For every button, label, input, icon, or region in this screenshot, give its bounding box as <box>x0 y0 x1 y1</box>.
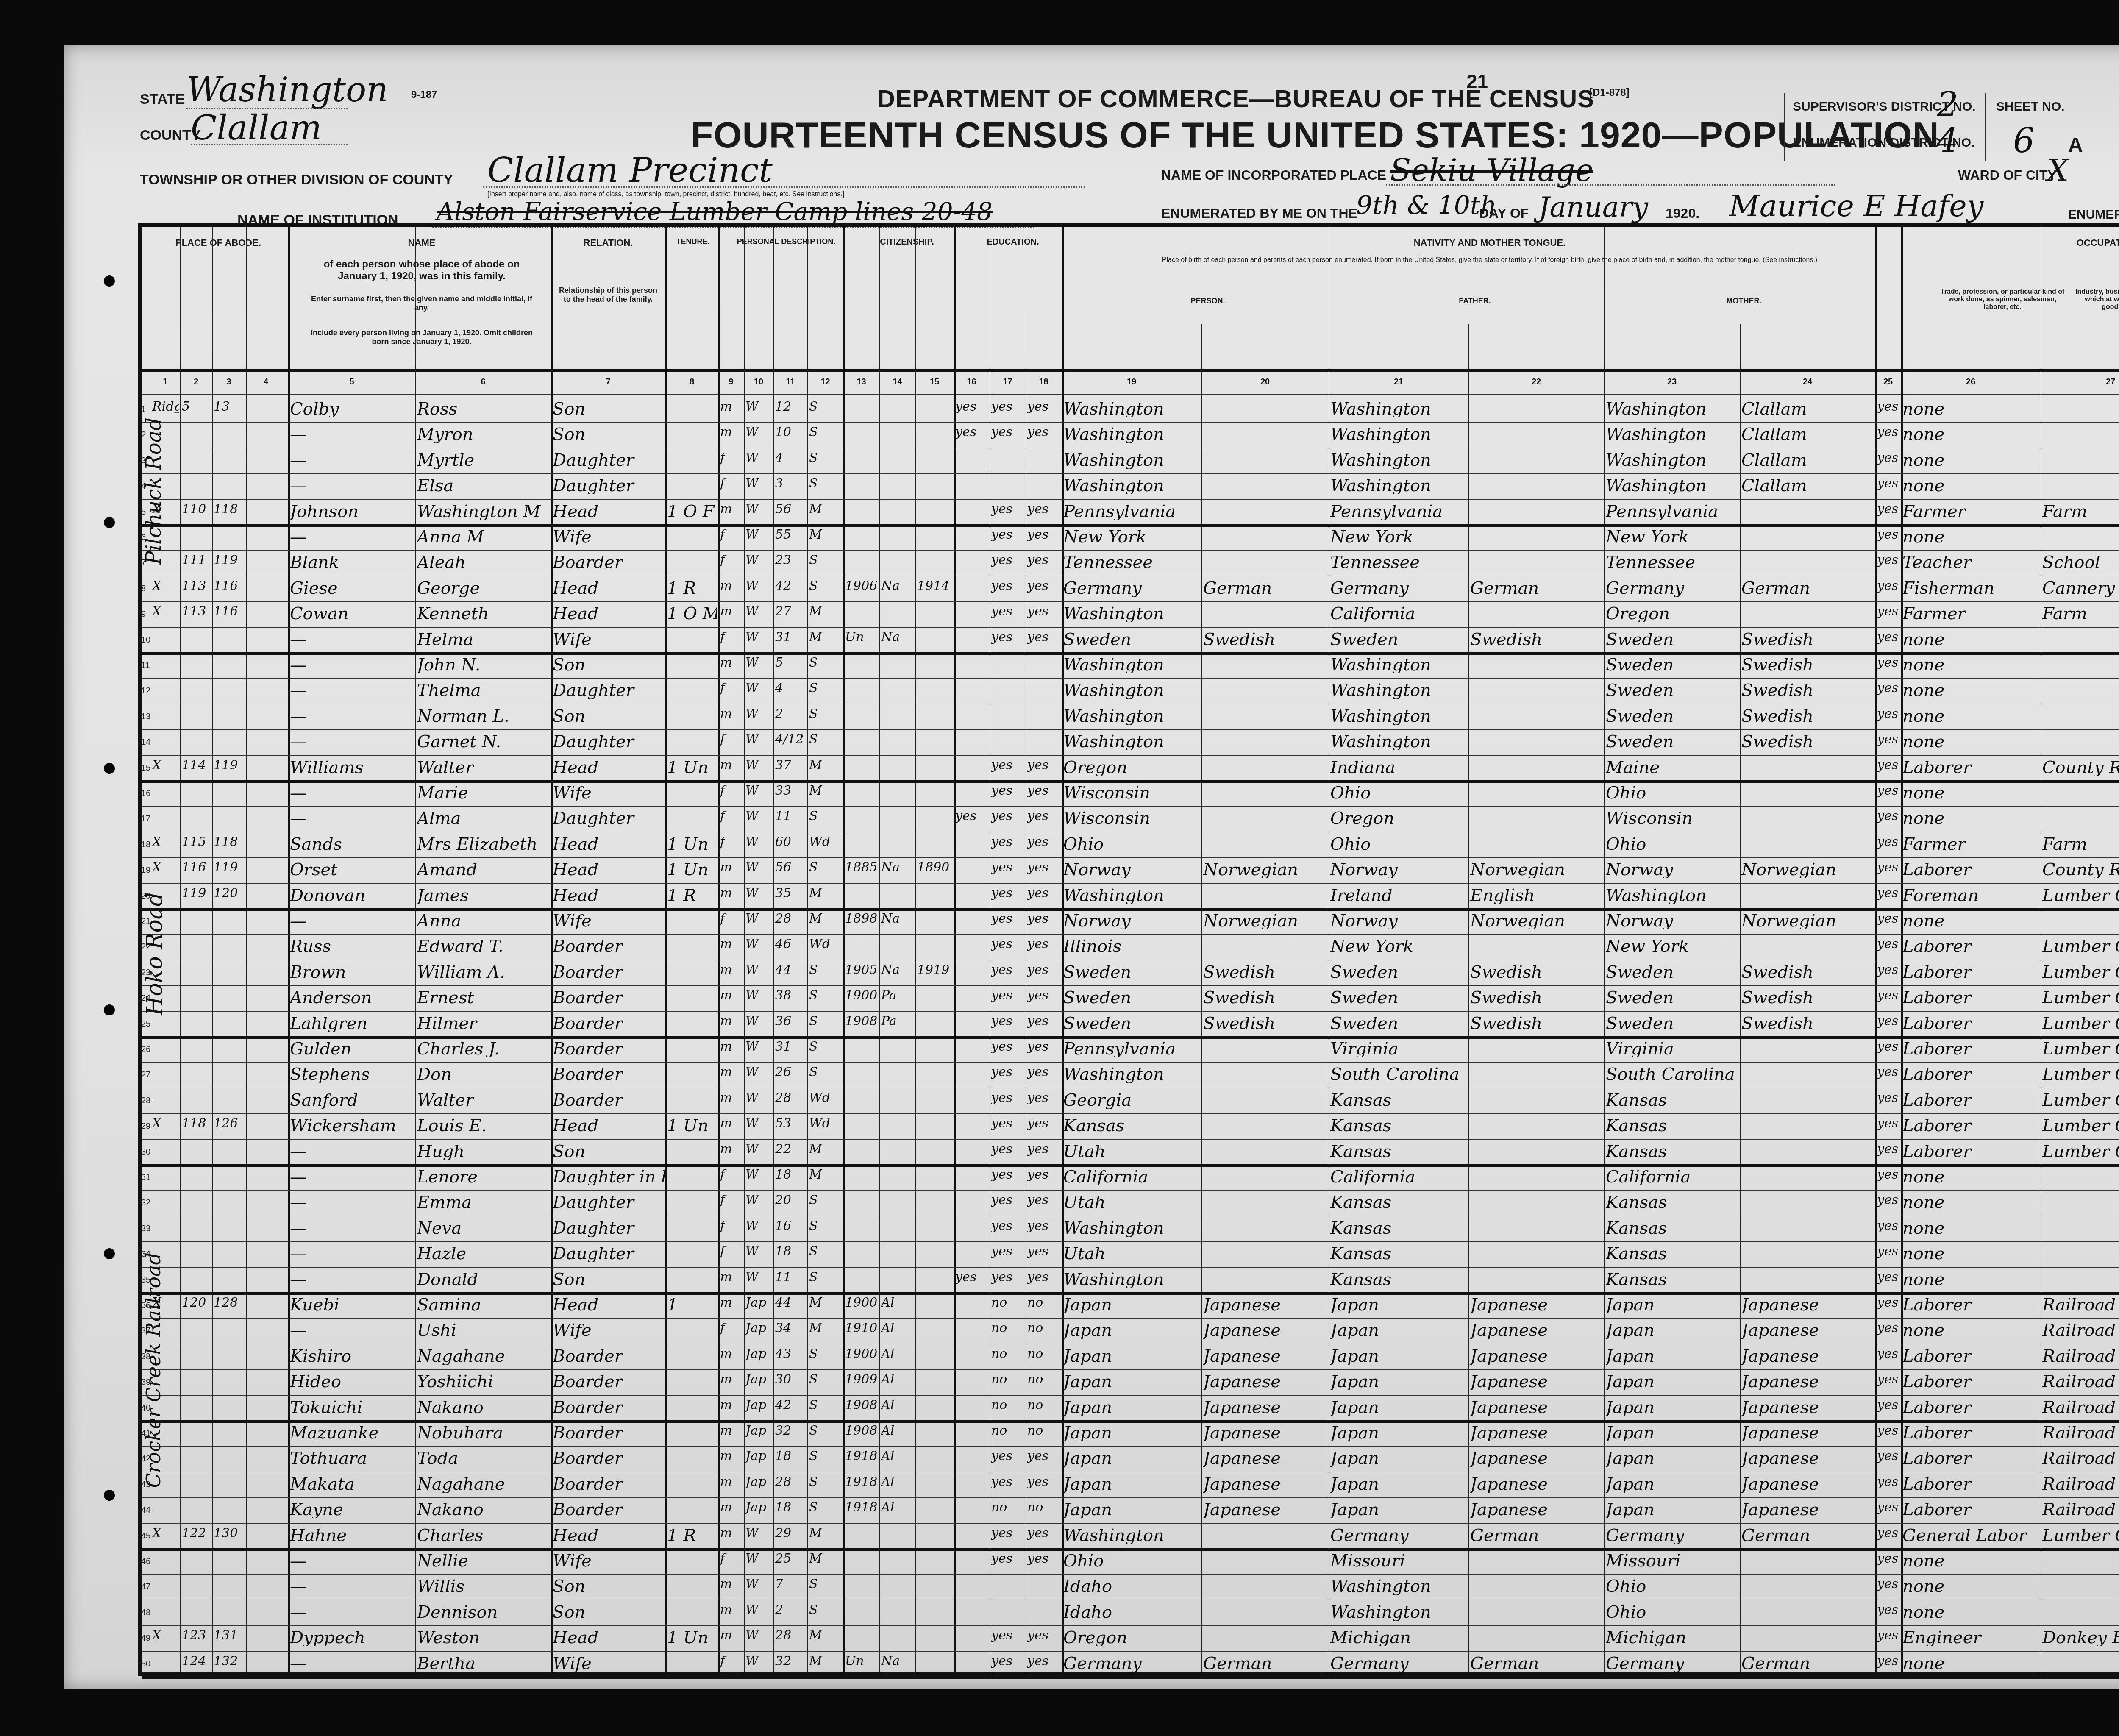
cell-trade: none <box>1902 426 2040 443</box>
cell-trade: none <box>1902 733 2040 750</box>
cell-m_pob: California <box>1606 1168 1739 1185</box>
row-divider <box>142 1625 2119 1626</box>
cell-race: W <box>745 657 773 669</box>
cell-trade: Laborer <box>1902 1296 2040 1313</box>
cell-read: yes <box>991 605 1025 618</box>
cell-race: W <box>745 426 773 439</box>
cell-m_tongue: Japanese <box>1741 1322 1874 1339</box>
cell-pob: Norway <box>1063 861 1201 878</box>
cell-surname: Gulden <box>290 1040 414 1057</box>
incorporated-line <box>1386 184 1835 186</box>
cell-m_pob: New York <box>1606 529 1739 545</box>
cell-given: Toda <box>417 1450 550 1467</box>
cell-sex: f <box>720 785 743 797</box>
cell-f_tongue: Japanese <box>1470 1501 1603 1518</box>
cell-race: W <box>745 836 773 849</box>
cell-read: yes <box>991 836 1025 849</box>
cell-relation: Wife <box>553 913 665 929</box>
cell-trade: Engineer <box>1902 1629 2040 1646</box>
column-number: 5 <box>288 377 415 387</box>
cell-marital: M <box>809 913 843 925</box>
cell-age: 16 <box>775 1220 806 1232</box>
cell-tongue: Japanese <box>1203 1501 1328 1518</box>
cell-m_pob: Norway <box>1606 913 1739 929</box>
cell-relation: Head <box>553 1117 665 1134</box>
cell-age: 23 <box>775 554 806 567</box>
cell-sex: f <box>720 810 743 823</box>
cell-relation: Boarder <box>553 1015 665 1032</box>
cell-pob: Pennsylvania <box>1063 503 1201 520</box>
cell-industry: Railroad <box>2042 1501 2119 1518</box>
cell-pob: Idaho <box>1063 1604 1201 1621</box>
line-number: 8 <box>141 584 146 594</box>
cell-m_tongue: Norwegian <box>1741 913 1874 929</box>
cell-write: yes <box>1027 401 1061 413</box>
cell-marital: S <box>809 1040 843 1053</box>
cell-f_tongue: Japanese <box>1470 1348 1603 1365</box>
cell-nat: Al <box>881 1476 915 1488</box>
cell-tongue: Japanese <box>1203 1450 1328 1467</box>
cell-surname: Stephens <box>290 1066 414 1083</box>
cell-relation: Son <box>553 1271 665 1288</box>
cell-relation: Boarder <box>553 1066 665 1083</box>
cell-race: Jap <box>745 1501 773 1514</box>
cell-f_pob: Washington <box>1330 1578 1468 1595</box>
cell-trade: Laborer <box>1902 964 2040 981</box>
cell-relation: Boarder <box>553 989 665 1006</box>
cell-m_pob: Kansas <box>1606 1117 1739 1134</box>
cell-f_pob: Washington <box>1330 733 1468 750</box>
cell-pob: Pennsylvania <box>1063 1040 1201 1057</box>
census-table: PLACE OF ABODE. NAME of each person whos… <box>138 223 2119 1676</box>
row-divider <box>142 832 2119 832</box>
punch-hole <box>104 275 115 287</box>
cell-dwelling: 119 <box>214 861 245 874</box>
cell-trade: Laborer <box>1902 1373 2040 1390</box>
line-number: 49 <box>141 1633 150 1643</box>
cell-house: 111 <box>182 554 211 567</box>
cell-tongue: Swedish <box>1203 631 1328 648</box>
cell-given: Donald <box>417 1271 550 1288</box>
cell-marital: S <box>809 477 843 490</box>
cell-sex: m <box>720 1092 743 1104</box>
cell-age: 11 <box>775 1271 806 1284</box>
form-code: [D1-878] <box>1589 87 1630 99</box>
cell-marital: S <box>809 1015 843 1028</box>
cell-surname: — <box>290 1604 414 1621</box>
cell-given: Anna M <box>417 529 550 545</box>
cell-trade: none <box>1902 810 2040 827</box>
cell-sex: f <box>720 452 743 465</box>
cell-marital: M <box>809 1143 843 1156</box>
cell-f_pob: Kansas <box>1330 1194 1468 1211</box>
cell-given: Walter <box>417 759 550 776</box>
row-divider <box>142 1216 2119 1216</box>
cell-sex: m <box>720 1629 743 1642</box>
cell-industry: School <box>2042 554 2119 571</box>
cell-eng: yes <box>1877 1476 1900 1488</box>
cell-race: W <box>745 452 773 465</box>
cell-m_pob: Michigan <box>1606 1629 1739 1646</box>
row-divider <box>142 1113 2119 1114</box>
cell-tongue: Japanese <box>1203 1348 1328 1365</box>
cell-read: yes <box>991 1655 1025 1668</box>
cell-age: 4/12 <box>775 733 806 746</box>
cell-m_tongue: Japanese <box>1741 1373 1874 1390</box>
cell-eng: yes <box>1877 810 1900 823</box>
cell-age: 32 <box>775 1655 806 1668</box>
cell-surname: — <box>290 1271 414 1288</box>
row-divider <box>142 1497 2119 1498</box>
cell-given: Nakano <box>417 1399 550 1416</box>
cell-surname: — <box>290 1245 414 1262</box>
cell-pob: Sweden <box>1063 1015 1201 1032</box>
cell-read: yes <box>991 580 1025 593</box>
cell-read: yes <box>991 426 1025 439</box>
cell-house: 114 <box>182 759 211 772</box>
cell-write: no <box>1027 1296 1061 1309</box>
day-of-label: DAY OF <box>1479 206 1529 221</box>
cell-write: yes <box>1027 1271 1061 1284</box>
cell-pob: Sweden <box>1063 964 1201 981</box>
township-label: TOWNSHIP OR OTHER DIVISION OF COUNTY <box>140 172 453 188</box>
cell-m_pob: Missouri <box>1606 1552 1739 1569</box>
cell-m_tongue: Swedish <box>1741 964 1874 981</box>
cell-given: Nagahane <box>417 1348 550 1365</box>
cell-natyr: 1914 <box>917 580 953 593</box>
cell-nat: Na <box>881 580 915 593</box>
cell-age: 27 <box>775 605 806 618</box>
row-divider <box>142 576 2119 576</box>
cell-tenure: 1 Un <box>667 836 717 853</box>
cell-relation: Boarder <box>553 1450 665 1467</box>
cell-write: yes <box>1027 554 1061 567</box>
cell-surname: — <box>290 452 414 469</box>
cell-race: W <box>745 1092 773 1104</box>
cell-read: yes <box>991 554 1025 567</box>
row-divider <box>142 1088 2119 1088</box>
cell-trade: none <box>1902 1194 2040 1211</box>
cell-age: 30 <box>775 1373 806 1386</box>
cell-f_pob: Japan <box>1330 1450 1468 1467</box>
cell-marital: S <box>809 1399 843 1412</box>
cell-trade: none <box>1902 913 2040 929</box>
cell-given: Charles J. <box>417 1040 550 1057</box>
cell-race: W <box>745 785 773 797</box>
cell-m_pob: Kansas <box>1606 1194 1739 1211</box>
cell-age: 10 <box>775 426 806 439</box>
cell-given: Helma <box>417 631 550 648</box>
cell-tenure: 1 Un <box>667 861 717 878</box>
cell-age: 42 <box>775 1399 806 1412</box>
cell-sex: f <box>720 1655 743 1668</box>
cell-imm: Un <box>845 631 879 644</box>
cell-eng: yes <box>1877 785 1900 797</box>
cell-race: W <box>745 989 773 1002</box>
cell-trade: none <box>1902 1552 2040 1569</box>
column-number: 8 <box>665 377 718 387</box>
cell-marital: Wd <box>809 938 843 951</box>
state-label: STATE <box>140 91 185 108</box>
cell-relation: Head <box>553 605 665 622</box>
cell-given: George <box>417 580 550 597</box>
cell-nat: Pa <box>881 989 915 1002</box>
cell-m_pob: Ohio <box>1606 785 1739 801</box>
cell-surname: Tokuichi <box>290 1399 414 1416</box>
cell-write: yes <box>1027 989 1061 1002</box>
cell-pob: Japan <box>1063 1296 1201 1313</box>
cell-marital: S <box>809 733 843 746</box>
cell-f_tongue: Japanese <box>1470 1399 1603 1416</box>
cell-marital: S <box>809 1066 843 1079</box>
cell-race: Jap <box>745 1296 773 1309</box>
cell-read: yes <box>991 1143 1025 1156</box>
cell-trade: none <box>1902 401 2040 417</box>
cell-eng: yes <box>1877 1040 1900 1053</box>
cell-industry: Lumber Camp <box>2042 1015 2119 1032</box>
cell-m_pob: Virginia <box>1606 1040 1739 1057</box>
cell-relation: Head <box>553 1296 665 1313</box>
cell-m_tongue: Swedish <box>1741 989 1874 1006</box>
cell-house: 113 <box>182 605 211 618</box>
cell-race: W <box>745 580 773 593</box>
cell-tongue: Swedish <box>1203 1015 1328 1032</box>
cell-marital: S <box>809 810 843 823</box>
cell-eng: yes <box>1877 682 1900 695</box>
cell-industry: Lumber Camp <box>2042 964 2119 981</box>
name-instruction-2: Enter surname first, then the given name… <box>303 295 540 312</box>
cell-m_pob: Ohio <box>1606 1578 1739 1595</box>
column-number: 16 <box>954 377 990 387</box>
cell-trade: none <box>1902 1220 2040 1237</box>
cell-industry: Lumber Camp <box>2042 938 2119 955</box>
cell-industry: Lumber Camp <box>2042 989 2119 1006</box>
cell-pob: Washington <box>1063 1527 1201 1544</box>
cell-read: yes <box>991 401 1025 413</box>
cell-m_pob: Kansas <box>1606 1092 1739 1109</box>
line-number: 14 <box>141 737 150 747</box>
cell-trade: Laborer <box>1902 1501 2040 1518</box>
cell-relation: Son <box>553 657 665 673</box>
punch-hole <box>104 517 115 528</box>
cell-write: yes <box>1027 887 1061 900</box>
cell-age: 28 <box>775 913 806 925</box>
cell-m_tongue: Swedish <box>1741 682 1874 699</box>
cell-race: W <box>745 1655 773 1668</box>
cell-write: yes <box>1027 759 1061 772</box>
cell-m_pob: Tennessee <box>1606 554 1739 571</box>
month-value: January <box>1538 191 1648 223</box>
column-divider <box>246 227 247 1672</box>
cell-pob: Washington <box>1063 733 1201 750</box>
cell-m_pob: Washington <box>1606 401 1739 417</box>
cell-age: 34 <box>775 1322 806 1335</box>
cell-surname: Anderson <box>290 989 414 1006</box>
cell-trade: Laborer <box>1902 1348 2040 1365</box>
form-number: 9-187 <box>411 89 437 101</box>
cell-pob: Japan <box>1063 1348 1201 1365</box>
cell-age: 36 <box>775 1015 806 1028</box>
cell-read: yes <box>991 989 1025 1002</box>
cell-age: 28 <box>775 1092 806 1104</box>
cell-f_pob: Kansas <box>1330 1271 1468 1288</box>
cell-surname: Tothuara <box>290 1450 414 1467</box>
cell-surname: — <box>290 1143 414 1160</box>
cell-trade: Laborer <box>1902 861 2040 878</box>
group-place-of-abode: PLACE OF ABODE. <box>150 237 286 248</box>
cell-tenure: 1 R <box>667 887 717 904</box>
line-number: 15 <box>141 763 150 773</box>
cell-age: 4 <box>775 452 806 465</box>
row-divider <box>142 755 2119 756</box>
cell-m_pob: Maine <box>1606 759 1739 776</box>
cell-relation: Head <box>553 759 665 776</box>
cell-read: yes <box>991 938 1025 951</box>
row-divider <box>142 652 2119 655</box>
line-number: 27 <box>141 1070 150 1080</box>
cell-pob: Washington <box>1063 1220 1201 1237</box>
cell-nat: Na <box>881 861 915 874</box>
cell-given: Neva <box>417 1220 550 1237</box>
cell-f_pob: California <box>1330 605 1468 622</box>
cell-relation: Daughter <box>553 733 665 750</box>
cell-pob: Ohio <box>1063 1552 1201 1569</box>
cell-m_pob: Sweden <box>1606 989 1739 1006</box>
cell-write: yes <box>1027 1629 1061 1642</box>
column-number-divider <box>142 394 2119 395</box>
cell-sex: f <box>720 1245 743 1258</box>
cell-sex: m <box>720 580 743 593</box>
line-number: 33 <box>141 1224 150 1234</box>
cell-dwelling: 128 <box>214 1296 245 1309</box>
cell-industry: Railroad <box>2042 1373 2119 1390</box>
row-divider <box>142 1600 2119 1600</box>
cell-natyr: 1890 <box>917 861 953 874</box>
cell-pob: Washington <box>1063 426 1201 443</box>
cell-m_pob: New York <box>1606 938 1739 955</box>
cell-marital: S <box>809 682 843 695</box>
cell-read: no <box>991 1348 1025 1360</box>
cell-f_pob: Sweden <box>1330 631 1468 648</box>
cell-f_pob: Indiana <box>1330 759 1468 776</box>
cell-read: yes <box>991 887 1025 900</box>
cell-given: Mrs Elizabeth <box>417 836 550 853</box>
cell-tenure: 1 Un <box>667 1117 717 1134</box>
cell-imm: 1908 <box>845 1399 879 1412</box>
cell-read: yes <box>991 913 1025 925</box>
column-number: 2 <box>180 377 212 387</box>
cell-surname: — <box>290 1578 414 1595</box>
cell-write: yes <box>1027 836 1061 849</box>
cell-eng: yes <box>1877 1194 1900 1207</box>
cell-f_tongue: German <box>1470 1655 1603 1672</box>
line-number: 45 <box>141 1531 150 1541</box>
column-divider <box>665 227 667 1672</box>
column-divider <box>1604 227 1605 1672</box>
cell-write: yes <box>1027 1655 1061 1668</box>
cell-m_tongue: Clallam <box>1741 401 1874 417</box>
cell-pob: Germany <box>1063 1655 1201 1672</box>
cell-trade: Farmer <box>1902 605 2040 622</box>
cell-f_tongue: Swedish <box>1470 989 1603 1006</box>
cell-surname: Kayne <box>290 1501 414 1518</box>
cell-industry: Railroad <box>2042 1399 2119 1416</box>
cell-tongue: Japanese <box>1203 1373 1328 1390</box>
cell-natyr: 1919 <box>917 964 953 976</box>
cell-race: W <box>745 861 773 874</box>
cell-write: yes <box>1027 580 1061 593</box>
column-number: 4 <box>246 377 286 387</box>
cell-m_pob: Ohio <box>1606 836 1739 853</box>
cell-eng: yes <box>1877 708 1900 721</box>
header-divider <box>142 369 2119 372</box>
cell-given: Emma <box>417 1194 550 1211</box>
cell-f_pob: Germany <box>1330 1655 1468 1672</box>
cell-trade: Laborer <box>1902 938 2040 955</box>
cell-read: no <box>991 1399 1025 1412</box>
cell-given: Bertha <box>417 1655 550 1672</box>
cell-write: yes <box>1027 861 1061 874</box>
cell-race: W <box>745 1168 773 1181</box>
cell-sex: f <box>720 631 743 644</box>
cell-eng: yes <box>1877 1655 1900 1668</box>
cell-read: yes <box>991 964 1025 976</box>
cell-surname: Sanford <box>290 1092 414 1109</box>
line-number: 18 <box>141 840 150 850</box>
cell-m_tongue: German <box>1741 1655 1874 1672</box>
cell-read: yes <box>991 631 1025 644</box>
cell-race: W <box>745 1040 773 1053</box>
cell-industry: Cannery <box>2042 580 2119 597</box>
cell-eng: yes <box>1877 1271 1900 1284</box>
cell-marital: S <box>809 1476 843 1488</box>
cell-tongue: Norwegian <box>1203 861 1328 878</box>
cell-relation: Daughter <box>553 477 665 494</box>
cell-m_tongue: Swedish <box>1741 657 1874 673</box>
cell-dwelling: 120 <box>214 887 245 900</box>
cell-write: yes <box>1027 1245 1061 1258</box>
column-divider <box>1026 227 1026 1672</box>
group-mother: MOTHER. <box>1608 297 1880 306</box>
row-divider <box>142 1395 2119 1396</box>
cell-f_pob: Pennsylvania <box>1330 503 1468 520</box>
cell-given: Hazle <box>417 1245 550 1262</box>
cell-race: W <box>745 759 773 772</box>
cell-given: Washington M <box>417 503 550 520</box>
cell-given: Thelma <box>417 682 550 699</box>
cell-trade: Laborer <box>1902 1117 2040 1134</box>
cell-trade: none <box>1902 1578 2040 1595</box>
cell-trade: none <box>1902 477 2040 494</box>
column-divider <box>2041 227 2041 1672</box>
cell-f_pob: Washington <box>1330 1604 1468 1621</box>
margin-note-3: Crocker Creek Railroad <box>142 1252 165 1488</box>
cell-eng: yes <box>1877 938 1900 951</box>
cell-trade: Teacher <box>1902 554 2040 571</box>
cell-industry: Railroad <box>2042 1476 2119 1493</box>
cell-m_tongue: Japanese <box>1741 1450 1874 1467</box>
cell-tenure: 1 Un <box>667 759 717 776</box>
cell-write: yes <box>1027 605 1061 618</box>
cell-trade: Laborer <box>1902 1092 2040 1109</box>
cell-read: yes <box>991 861 1025 874</box>
cell-f_pob: Japan <box>1330 1399 1468 1416</box>
cell-f_pob: New York <box>1330 529 1468 545</box>
cell-age: 60 <box>775 836 806 849</box>
margin-note-2: Hoko Road <box>142 892 167 1015</box>
cell-m_pob: Japan <box>1606 1450 1739 1467</box>
cell-imm: 1900 <box>845 1348 879 1360</box>
